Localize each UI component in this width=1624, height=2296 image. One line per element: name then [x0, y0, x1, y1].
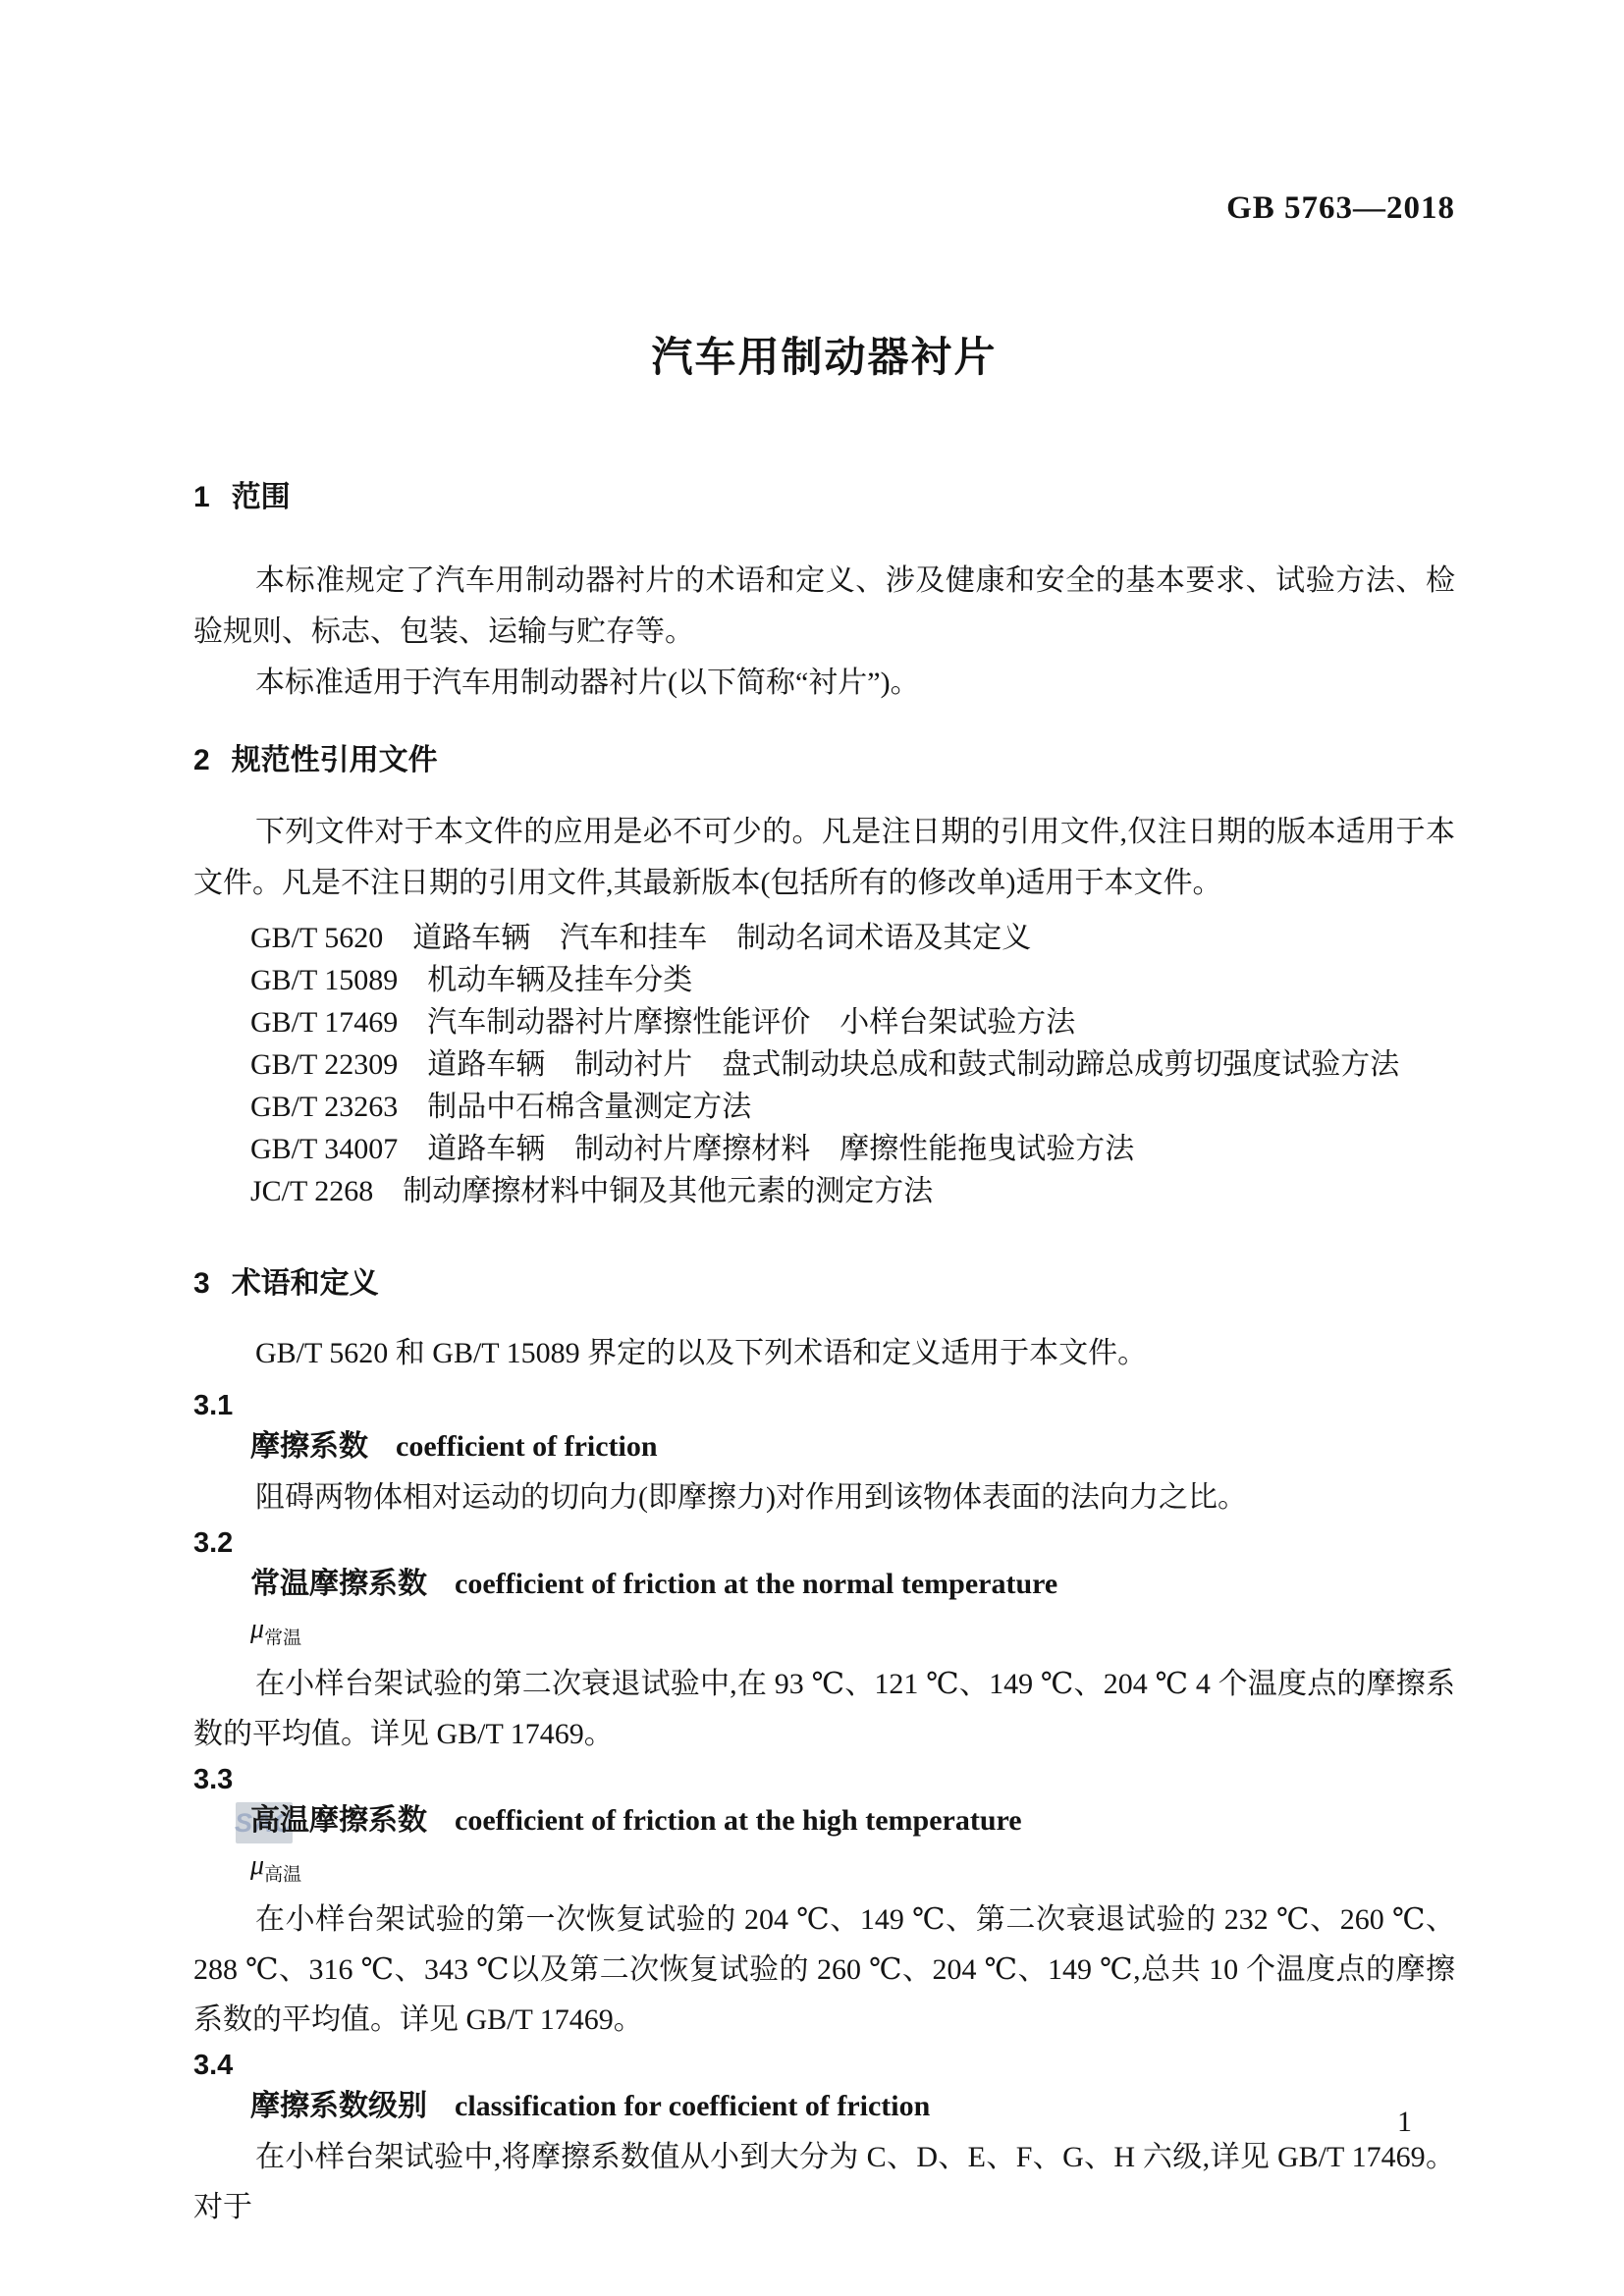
section-number: 2 — [193, 744, 210, 776]
term-number: 3.3 — [193, 1759, 1455, 1800]
reference-item: JC/T 2268 制动摩擦材料中铜及其他元素的测定方法 — [193, 1170, 1455, 1212]
term-name-en: classification for coefficient of fricti… — [455, 2090, 930, 2122]
page-content: GB 5763—2018 汽车用制动器衬片 1范围 本标准规定了汽车用制动器衬片… — [193, 0, 1455, 2232]
term-definition: 阻碍两物体相对运动的切向力(即摩擦力)对作用到该物体表面的法向力之比。 — [193, 1472, 1455, 1522]
term-name-zh: 摩擦系数级别 — [250, 2090, 427, 2122]
section-heading-text: 术语和定义 — [232, 1267, 379, 1300]
term-name-zh: 摩擦系数 — [250, 1430, 368, 1463]
reference-item: GB/T 23263 制品中石棉含量测定方法 — [193, 1086, 1455, 1128]
terms-list: 3.1 摩擦系数coefficient of friction 阻碍两物体相对运… — [193, 1385, 1455, 2232]
term-name-zh: 常温摩擦系数 — [250, 1568, 427, 1600]
section-number: 1 — [193, 481, 210, 513]
term-name-en: coefficient of friction — [396, 1430, 658, 1463]
term-name-row: 摩擦系数coefficient of friction — [193, 1426, 1455, 1472]
term-name-row: 高温摩擦系数coefficient of friction at the hig… — [193, 1800, 1455, 1846]
section-heading-scope: 1范围 — [193, 477, 1455, 518]
term-name-en: coefficient of friction at the high temp… — [455, 1804, 1022, 1837]
term-symbol: μ常温 — [193, 1610, 1455, 1659]
section-heading-text: 规范性引用文件 — [232, 744, 438, 776]
term-name-zh: 高温摩擦系数 — [250, 1804, 427, 1837]
term-symbol: μ高温 — [193, 1846, 1455, 1896]
mu-symbol-subscript: 常温 — [264, 1629, 301, 1649]
term-number: 3.4 — [193, 2045, 1455, 2086]
reference-item: GB/T 22309 道路车辆 制动衬片 盘式制动块总成和鼓式制动蹄总成剪切强度… — [193, 1043, 1455, 1086]
reference-list: GB/T 5620 道路车辆 汽车和挂车 制动名词术语及其定义 GB/T 150… — [193, 917, 1455, 1212]
reference-item: GB/T 17469 汽车制动器衬片摩擦性能评价 小样台架试验方法 — [193, 1001, 1455, 1043]
mu-symbol-subscript: 高温 — [264, 1864, 301, 1885]
terms-intro: GB/T 5620 和 GB/T 15089 界定的以及下列术语和定义适用于本文… — [193, 1328, 1455, 1379]
term-definition: 在小样台架试验的第二次衰退试验中,在 93 ℃、121 ℃、149 ℃、204 … — [193, 1659, 1455, 1759]
term-definition: 在小样台架试验中,将摩擦系数值从小到大分为 C、D、E、F、G、H 六级,详见 … — [193, 2132, 1455, 2232]
term-number: 3.1 — [193, 1385, 1455, 1426]
section-number: 3 — [193, 1267, 210, 1300]
section-heading-references: 2规范性引用文件 — [193, 740, 1455, 781]
term-number: 3.2 — [193, 1522, 1455, 1564]
term-name-en: coefficient of friction at the normal te… — [455, 1568, 1057, 1600]
scope-paragraph-1: 本标准规定了汽车用制动器衬片的术语和定义、涉及健康和安全的基本要求、试验方法、检… — [193, 556, 1455, 658]
page-number: 1 — [1397, 2103, 1412, 2142]
term-name-row: 摩擦系数级别classification for coefficient of … — [193, 2086, 1455, 2132]
reference-item: GB/T 15089 机动车辆及挂车分类 — [193, 959, 1455, 1001]
reference-item: GB/T 5620 道路车辆 汽车和挂车 制动名词术语及其定义 — [193, 917, 1455, 959]
document-page: SAC GB 5763—2018 汽车用制动器衬片 1范围 本标准规定了汽车用制… — [0, 0, 1624, 2296]
document-title: 汽车用制动器衬片 — [193, 332, 1455, 383]
standard-number: GB 5763—2018 — [193, 0, 1455, 228]
section-heading-text: 范围 — [232, 481, 291, 513]
scope-paragraph-2: 本标准适用于汽车用制动器衬片(以下简称“衬片”)。 — [193, 658, 1455, 709]
reference-item: GB/T 34007 道路车辆 制动衬片摩擦材料 摩擦性能拖曳试验方法 — [193, 1128, 1455, 1170]
mu-symbol: μ — [250, 1614, 264, 1644]
section-heading-terms: 3术语和定义 — [193, 1263, 1455, 1305]
term-name-row: 常温摩擦系数coefficient of friction at the nor… — [193, 1564, 1455, 1610]
mu-symbol: μ — [250, 1850, 264, 1881]
references-intro: 下列文件对于本文件的应用是必不可少的。凡是注日期的引用文件,仅注日期的版本适用于… — [193, 807, 1455, 909]
term-definition: 在小样台架试验的第一次恢复试验的 204 ℃、149 ℃、第二次衰退试验的 23… — [193, 1895, 1455, 2045]
